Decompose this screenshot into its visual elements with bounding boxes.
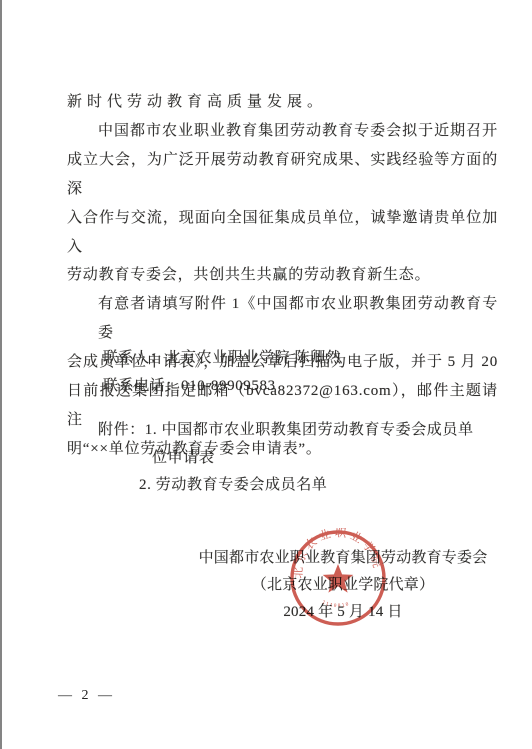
paragraph-line: 成立大会，为广泛开展劳动教育研究成果、实践经验等方面的深 [67,146,498,204]
signoff-organization: 中国都市农业职业教育集团劳动教育专委会 [198,545,488,572]
paragraph-line: 劳动教育专委会，共创共生共赢的劳动教育新生态。 [67,261,498,290]
page-number: — 2 — [58,688,115,704]
paragraph-line: 新时代劳动教育高质量发展。 [67,88,498,117]
main-paragraphs: 新时代劳动教育高质量发展。 中国都市农业职业教育集团劳动教育专委会拟于近期召开 … [67,88,498,464]
scan-edge-line [0,0,2,749]
attachments-item2: 2. 劳动教育专委会成员名单 [139,471,327,499]
document-page: 新时代劳动教育高质量发展。 中国都市农业职业教育集团劳动教育专委会拟于近期召开 … [0,0,532,749]
paragraph-line: 入合作与交流，现面向全国征集成员单位，诚挚邀请贵单位加入 [67,204,498,262]
signoff-block: 中国都市农业职业教育集团劳动教育专委会 （北京农业职业学院代章） 2024 年 … [198,545,488,626]
attachments-item1-cont: 位申请表 [152,444,214,472]
paragraph-line: 有意者请填写附件 1《中国都市农业职教集团劳动教育专委 [67,290,498,348]
contact-block: 联系人：北京农业职业学院 陈卿然 联系电话：010-89909583 [103,344,341,400]
contact-phone: 联系电话：010-89909583 [103,372,341,400]
signoff-date: 2024 年 5 月 14 日 [198,599,488,626]
signoff-on-behalf: （北京农业职业学院代章） [198,572,488,599]
contact-person: 联系人：北京农业职业学院 陈卿然 [103,344,341,372]
paragraph-line: 中国都市农业职业教育集团劳动教育专委会拟于近期召开 [67,117,498,146]
attachments-item1: 附件：1. 中国都市农业职教集团劳动教育专委会成员单 [98,416,474,444]
